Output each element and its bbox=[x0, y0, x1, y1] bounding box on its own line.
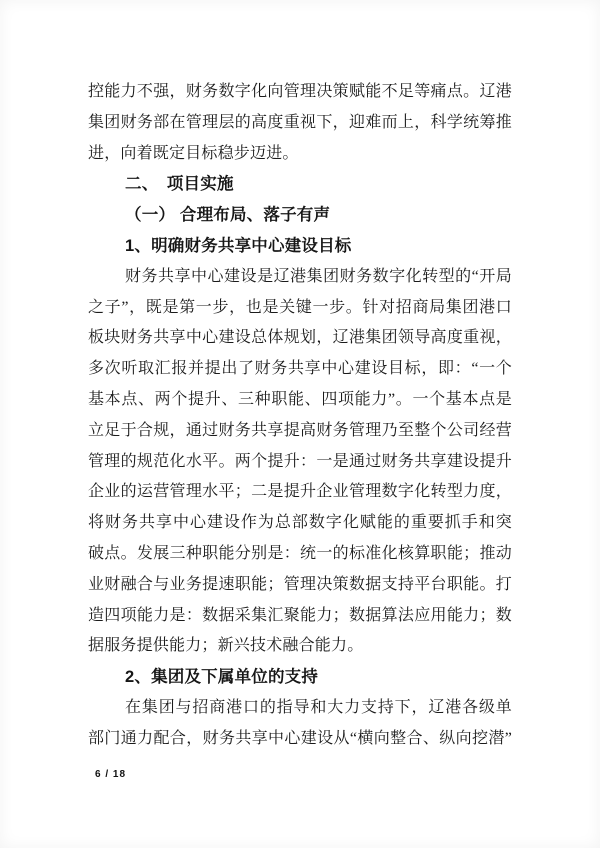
body-line: 之子”，既是第一步，也是关键一步。针对招商局集团港口 bbox=[88, 293, 512, 324]
body-line: 将财务共享中心建设作为总部数字化赋能的重要抓手和突 bbox=[88, 508, 512, 539]
body-line: 进，向着既定目标稳步迈进。 bbox=[88, 139, 512, 170]
body-line: 据服务提供能力；新兴技术融合能力。 bbox=[88, 631, 512, 662]
body-line: 造四项能力是：数据采集汇聚能力；数据算法应用能力；数 bbox=[88, 601, 512, 632]
section-heading: 1、明确财务共享中心建设目标 bbox=[88, 231, 512, 262]
body-line: 集团财务部在管理层的高度重视下，迎难而上，科学统筹推 bbox=[88, 108, 512, 139]
body-line: 多次听取汇报并提出了财务共享中心建设目标，即：“一个 bbox=[88, 354, 512, 385]
page-number-indicator: 6 / 18 bbox=[95, 769, 126, 780]
body-line: 板块财务共享中心建设总体规划，辽港集团领导高度重视， bbox=[88, 323, 512, 354]
section-heading: （一） 合理布局、落子有声 bbox=[88, 200, 512, 231]
body-line: 立足于合规，通过财务共享提高财务管理乃至整个公司经营 bbox=[88, 416, 512, 447]
body-line: 部门通力配合，财务共享中心建设从“横向整合、纵向挖潜” bbox=[88, 724, 512, 755]
section-heading: 2、集团及下属单位的支持 bbox=[88, 662, 512, 693]
body-line: 在集团与招商港口的指导和大力支持下，辽港各级单位 bbox=[88, 693, 512, 724]
section-heading: 二、 项目实施 bbox=[88, 169, 512, 200]
body-line: 控能力不强，财务数字化向管理决策赋能不足等痛点。辽港 bbox=[88, 77, 512, 108]
body-line: 基本点、两个提升、三种职能、四项能力”。一个基本点是 bbox=[88, 385, 512, 416]
body-line: 企业的运营管理水平；二是提升企业管理数字化转型力度， bbox=[88, 477, 512, 508]
body-line: 财务共享中心建设是辽港集团财务数字化转型的“开局 bbox=[88, 262, 512, 293]
body-line: 业财融合与业务提速职能；管理决策数据支持平台职能。打 bbox=[88, 570, 512, 601]
text-body: 控能力不强，财务数字化向管理决策赋能不足等痛点。辽港 集团财务部在管理层的高度重… bbox=[88, 77, 512, 755]
body-line: 管理的规范化水平。两个提升：一是通过财务共享建设提升 bbox=[88, 447, 512, 478]
body-line: 破点。发展三种职能分别是：统一的标准化核算职能；推动 bbox=[88, 539, 512, 570]
document-page: 控能力不强，财务数字化向管理决策赋能不足等痛点。辽港 集团财务部在管理层的高度重… bbox=[0, 0, 600, 848]
